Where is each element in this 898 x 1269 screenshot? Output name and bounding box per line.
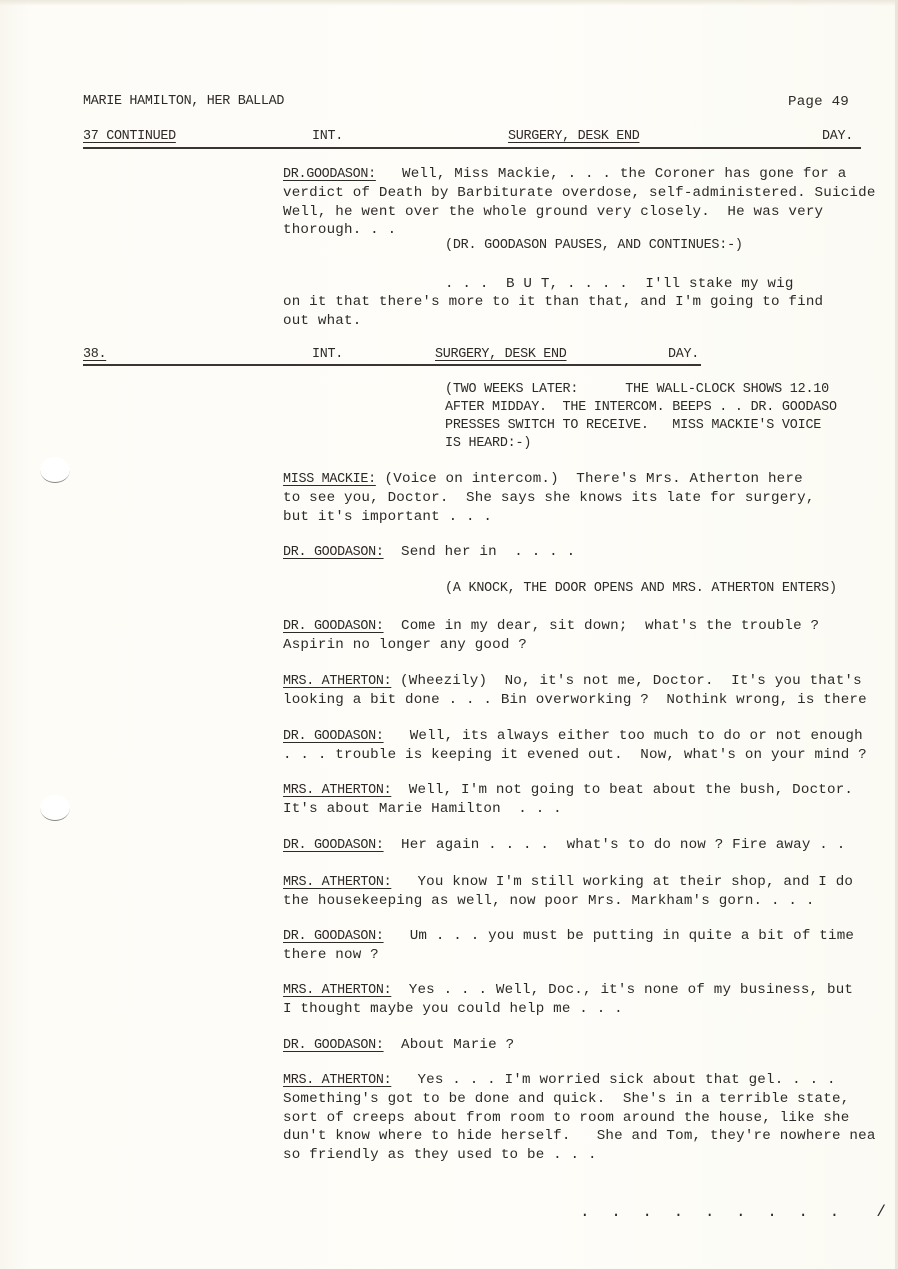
stage-direction: (DR. GOODASON PAUSES, AND CONTINUES:-) xyxy=(445,237,743,255)
typescript-page: MARIE HAMILTON, HER BALLAD Page 49 37 CO… xyxy=(0,0,898,1269)
stage-direction: (A KNOCK, THE DOOR OPENS AND MRS. ATHERT… xyxy=(445,580,837,598)
scene-38-location: SURGERY, DESK END xyxy=(435,346,567,364)
speaker-name: MISS MACKIE: xyxy=(283,472,376,487)
page-top-edge xyxy=(0,0,898,6)
dialogue-block: MISS MACKIE: (Voice on intercom.) There'… xyxy=(283,470,898,526)
dialogue-block: MRS. ATHERTON: (Wheezily) No, it's not m… xyxy=(283,672,898,710)
scene-38-time: DAY. xyxy=(668,346,699,364)
continuation-mark: . . . . . . . . . / xyxy=(580,1203,892,1221)
scene-37-rule xyxy=(83,147,861,149)
speech-line: Send her in . . . . xyxy=(384,544,576,560)
stage-direction-line: AFTER MIDDAY. THE INTERCOM. BEEPS . . DR… xyxy=(445,399,837,417)
scene-37-speech: DR.GOODASON: Well, Miss Mackie, . . . th… xyxy=(283,165,898,240)
speech-line: (Wheezily) No, it's not me, Doctor. It's… xyxy=(391,673,862,689)
speech-line: It's about Marie Hamilton . . . xyxy=(283,800,898,818)
speaker-name: MRS. ATHERTON: xyxy=(283,674,391,689)
speaker-name: DR. GOODASON: xyxy=(283,929,384,944)
speech-line: About Marie ? xyxy=(384,1037,515,1053)
scene-37-continuation: . . . B U T, . . . . I'll stake my wig o… xyxy=(283,275,898,330)
speech-line: so friendly as they used to be . . . xyxy=(283,1146,898,1164)
dialogue-block: DR. GOODASON: Um . . . you must be putti… xyxy=(283,927,898,965)
speaker-name: DR. GOODASON: xyxy=(283,729,384,744)
speech-line: but it's important . . . xyxy=(283,508,898,526)
dialogue-block: DR. GOODASON: Her again . . . . what's t… xyxy=(283,836,898,855)
speaker-name: MRS. ATHERTON: xyxy=(283,875,391,890)
speech-line: Aspirin no longer any good ? xyxy=(283,636,898,654)
scene-37-number: 37 CONTINUED xyxy=(83,128,176,146)
speech-line: Well, I'm not going to beat about the bu… xyxy=(391,782,853,798)
dialogue-block: DR. GOODASON: Come in my dear, sit down;… xyxy=(283,617,898,655)
speaker-name: DR. GOODASON: xyxy=(283,838,384,853)
dialogue-block: DR. GOODASON: Send her in . . . . xyxy=(283,543,898,562)
dialogue-block: DR. GOODASON: Well, its always either to… xyxy=(283,727,898,765)
scene-37-time: DAY. xyxy=(822,128,853,146)
speech-line: Um . . . you must be putting in quite a … xyxy=(384,928,855,944)
punch-hole-icon xyxy=(40,457,70,483)
speech-line: Something's got to be done and quick. Sh… xyxy=(283,1090,898,1108)
speech-line: the housekeeping as well, now poor Mrs. … xyxy=(283,892,898,910)
speech-line: there now ? xyxy=(283,946,898,964)
dialogue-block: MRS. ATHERTON: You know I'm still workin… xyxy=(283,873,898,911)
speech-line: Yes . . . Well, Doc., it's none of my bu… xyxy=(391,982,853,998)
scene-38-rule xyxy=(83,364,701,366)
speaker-name: DR. GOODASON: xyxy=(283,545,384,560)
speech-line: dun't know where to hide herself. She an… xyxy=(283,1127,898,1145)
speaker-name: DR.GOODASON: xyxy=(283,167,376,182)
speech-line: Well, Miss Mackie, . . . the Coroner has… xyxy=(402,166,846,182)
dialogue-block: MRS. ATHERTON: Yes . . . Well, Doc., it'… xyxy=(283,981,898,1019)
speech-line: looking a bit done . . . Bin overworking… xyxy=(283,691,898,709)
speech-line: I thought maybe you could help me . . . xyxy=(283,1000,898,1018)
scene-37-location: SURGERY, DESK END xyxy=(508,128,640,146)
speaker-name: DR. GOODASON: xyxy=(283,619,384,634)
speech-line: . . . B U T, . . . . I'll stake my wig xyxy=(283,275,898,293)
dialogue-block: DR. GOODASON: About Marie ? xyxy=(283,1036,898,1055)
dialogue-block: MRS. ATHERTON: Yes . . . I'm worried sic… xyxy=(283,1071,898,1164)
dialogue-block: MRS. ATHERTON: Well, I'm not going to be… xyxy=(283,781,898,819)
scene-38-int: INT. xyxy=(312,346,343,364)
speech-line: Well, its always either too much to do o… xyxy=(384,728,863,744)
speech-line: Her again . . . . what's to do now ? Fir… xyxy=(384,837,846,853)
speech-line: . . . trouble is keeping it evened out. … xyxy=(283,746,898,764)
speaker-name: MRS. ATHERTON: xyxy=(283,983,391,998)
speaker-name: MRS. ATHERTON: xyxy=(283,783,391,798)
speaker-name: DR. GOODASON: xyxy=(283,1038,384,1053)
speech-line: to see you, Doctor. She says she knows i… xyxy=(283,489,898,507)
speech-line: You know I'm still working at their shop… xyxy=(391,874,853,890)
speech-line: Yes . . . I'm worried sick about that ge… xyxy=(391,1072,835,1088)
document-title: MARIE HAMILTON, HER BALLAD xyxy=(83,93,284,111)
speech-line: Well, he went over the whole ground very… xyxy=(283,203,898,221)
punch-hole-icon xyxy=(40,795,70,821)
stage-direction-line: PRESSES SWITCH TO RECEIVE. MISS MACKIE'S… xyxy=(445,417,821,435)
stage-direction-line: (TWO WEEKS LATER: THE WALL-CLOCK SHOWS 1… xyxy=(445,381,829,399)
speaker-name: MRS. ATHERTON: xyxy=(283,1073,391,1088)
speech-line: out what. xyxy=(283,312,898,330)
page-number: Page 49 xyxy=(788,93,849,111)
speech-line: verdict of Death by Barbiturate overdose… xyxy=(283,184,898,202)
speech-line: on it that there's more to it than that,… xyxy=(283,293,898,311)
stage-direction-line: IS HEARD:-) xyxy=(445,435,531,453)
scene-38-number: 38. xyxy=(83,346,106,364)
speech-line: sort of creeps about from room to room a… xyxy=(283,1109,898,1127)
speech-line: Come in my dear, sit down; what's the tr… xyxy=(384,618,820,634)
scene-37-int: INT. xyxy=(312,128,343,146)
speech-line: (Voice on intercom.) There's Mrs. Athert… xyxy=(376,471,803,487)
